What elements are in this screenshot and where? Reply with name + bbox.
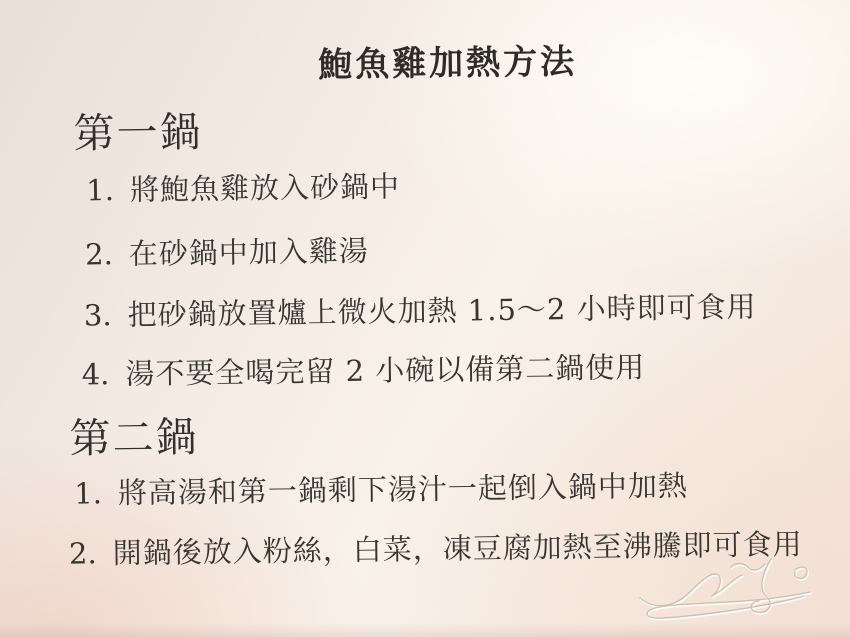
photographed-recipe-document: 鮑魚雞加熱方法 第一鍋 1.將鮑魚雞放入砂鍋中 2.在砂鍋中加入雞湯 3.把砂鍋…: [0, 0, 850, 637]
recipe-step: 2.在砂鍋中加入雞湯: [85, 229, 369, 274]
page-title: 鮑魚雞加熱方法: [0, 30, 847, 90]
embossed-signature: [632, 546, 842, 636]
step-text: 將鮑魚雞放入砂鍋中: [130, 169, 400, 207]
step-text: 在砂鍋中加入雞湯: [129, 234, 369, 271]
recipe-step: 3.把砂鍋放置爐上微火加熱 1.5～2 小時即可食用: [84, 285, 757, 335]
step-number: 4.: [81, 357, 109, 391]
step-text: 把砂鍋放置爐上微火加熱 1.5～2 小時即可食用: [127, 290, 756, 332]
step-text: 湯不要全喝完留 2 小碗以備第二鍋使用: [125, 350, 645, 391]
section-heading-second-pot: 第二鍋: [69, 404, 199, 465]
section-heading-first-pot: 第一鍋: [73, 99, 203, 160]
step-number: 3.: [84, 298, 112, 332]
document-content: 鮑魚雞加熱方法 第一鍋 1.將鮑魚雞放入砂鍋中 2.在砂鍋中加入雞湯 3.把砂鍋…: [0, 0, 850, 637]
step-number: 2.: [69, 536, 97, 570]
step-text: 將高湯和第一鍋剩下湯汁一起倒入鍋中加熱: [118, 469, 688, 510]
step-number: 2.: [85, 237, 113, 271]
step-number: 1.: [74, 476, 102, 510]
step-number: 1.: [86, 173, 114, 207]
recipe-step: 1.將高湯和第一鍋剩下湯汁一起倒入鍋中加熱: [74, 464, 688, 513]
recipe-step: 1.將鮑魚雞放入砂鍋中: [86, 164, 400, 209]
recipe-step: 4.湯不要全喝完留 2 小碗以備第二鍋使用: [81, 345, 645, 393]
